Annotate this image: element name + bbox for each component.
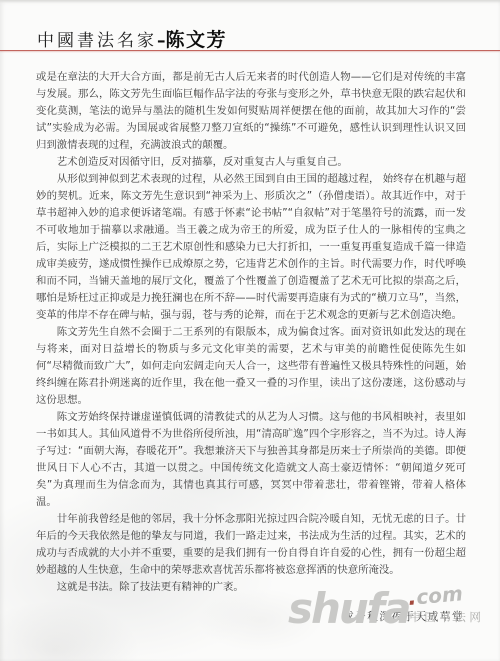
paragraph-4: 陈文芳先生自然不会圈于二王系列的有限版本，成为偏食过客。面对资讯如此发达的现在与…	[36, 324, 466, 409]
red-divider-line	[0, 50, 500, 51]
paragraph-5: 陈文芳始终保持谦虚谨慎低调的清教徒式的从艺为人习惯。这与他的书风相映衬，表里如一…	[36, 409, 466, 511]
artist-name: 陈文芳	[166, 29, 228, 51]
paragraph-1: 或是在章法的大开大合方面，都是前无古人后无来者的时代创造人物——它们是对传统的丰…	[36, 69, 466, 154]
dotcom-text: .com	[408, 582, 485, 609]
com-text: com	[416, 581, 464, 609]
shufa-logo-text: shufa	[288, 586, 409, 632]
page-header: 中國書法名家–陈文芳	[37, 25, 227, 52]
watermark-right-block: .com 中国书法网	[409, 586, 484, 624]
title-separator: –	[157, 31, 166, 51]
paragraph-2: 艺术创造反对因循守旧，反对描摹，反对重复古人与重复自己。	[36, 154, 466, 171]
site-name-text: 中国书法网	[409, 610, 484, 624]
shufa-watermark: shufa .com 中国书法网	[288, 586, 484, 632]
paragraph-6: 廿年前我曾经是他的邻居，我十分怀念那阳光掠过四合院冷暖自知，无忧无虑的日子。廿年…	[36, 511, 466, 579]
scan-top-edge	[0, 0, 500, 3]
article-body: 或是在章法的大开大合方面，都是前无古人后无来者的时代创造人物——它们是对传统的丰…	[36, 69, 466, 626]
paragraph-3: 从形似到神似到艺术表现的过程，从必然王国到自由王国的超越过程， 始终存在机趣与超…	[36, 171, 466, 324]
series-title: 中國書法名家	[37, 31, 157, 51]
magazine-page: 中國書法名家–陈文芳 或是在章法的大开大合方面，都是前无古人后无来者的时代创造人…	[0, 0, 500, 661]
